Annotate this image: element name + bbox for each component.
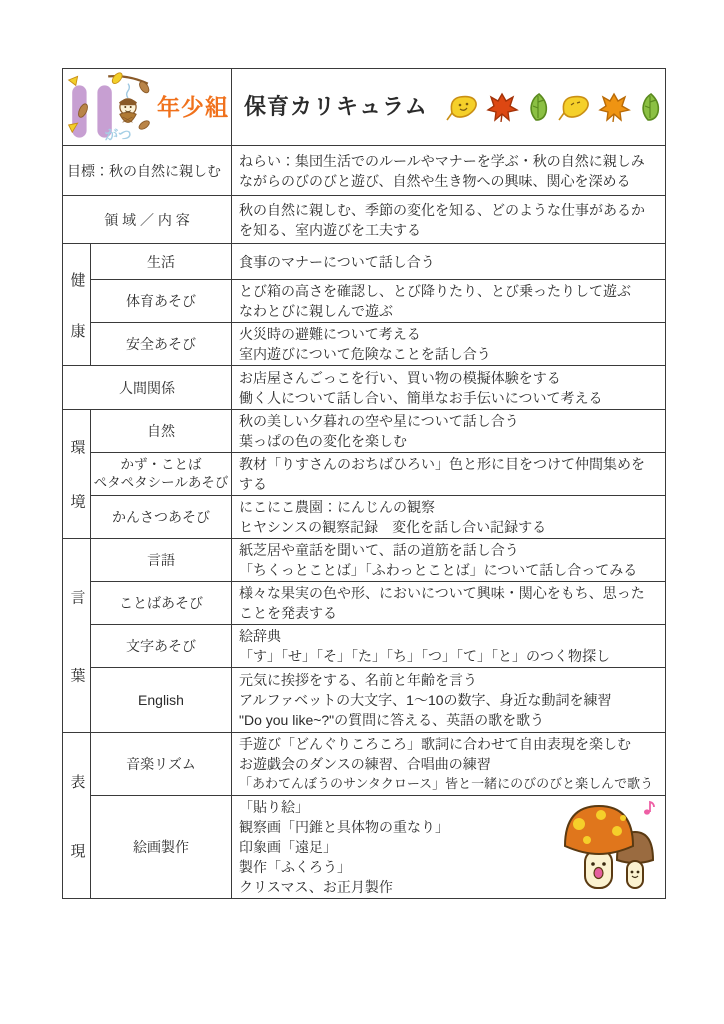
- curriculum-sheet: がつ 年少組 保育カリキュラム: [0, 0, 724, 1024]
- row-content: 食事のマナーについて話し合う: [232, 244, 666, 280]
- row-content: 秋の美しい夕暮れの空や星について話し合う葉っぱの色の変化を楽しむ: [232, 410, 666, 453]
- row-label: 自然: [91, 410, 232, 453]
- mushroom-illustration: [559, 798, 659, 890]
- domain-content: 秋の自然に親しむ、季節の変化を知る、どのような仕事があるかを知る、室内遊びを工夫…: [232, 196, 666, 244]
- row-label: 音楽リズム: [91, 733, 232, 796]
- row-content: 火災時の避難について考える室内遊びについて危険なことを話し合う: [232, 323, 666, 366]
- row-label: 生活: [91, 244, 232, 280]
- row-content: とび箱の高さを確認し、とび降りたり、とび乗ったりして遊ぶなわとびに親しんで遊ぶ: [232, 280, 666, 323]
- row-content: 「貼り絵」観察画「円錐と具体物の重なり」印象画「遠足」製作「ふくろう」クリスマス…: [232, 796, 666, 899]
- ginkgo-leaf-icon: [557, 93, 591, 122]
- category-expression: 表現: [63, 733, 91, 899]
- category-health: 健康: [63, 244, 91, 366]
- branch-leaf-icon: [110, 71, 124, 85]
- branch-leaf-icon: [138, 80, 151, 94]
- row-content: 様々な果実の色や形、においについて興味・関心をもち、思ったことを発表する: [232, 582, 666, 625]
- domain-label: 領 域 ／ 内 容: [63, 196, 232, 244]
- acorn-character-icon: [119, 98, 137, 122]
- row-label: ことばあそび: [91, 582, 232, 625]
- row-label-english: English: [91, 668, 232, 733]
- page-title: 保育カリキュラム: [244, 97, 428, 117]
- row-content: 教材「りすさんのおちばひろい」色と形に目をつけて仲間集めをする: [232, 453, 666, 496]
- ginkgo-leaf-icon: [69, 76, 78, 85]
- month-logo-cell: がつ 年少組: [63, 69, 232, 146]
- row-label: 体育あそび: [91, 280, 232, 323]
- class-name-label: 年少組: [157, 97, 229, 117]
- november-logo-icon: がつ: [65, 71, 155, 143]
- row-label: 安全あそび: [91, 323, 232, 366]
- category-language: 言葉: [63, 539, 91, 733]
- green-leaf-icon: [526, 92, 550, 122]
- title-cell: 保育カリキュラム: [232, 69, 666, 146]
- row-label: 文字あそび: [91, 625, 232, 668]
- row-content: 元気に挨拶をする、名前と年齢を言うアルファベットの大文字、1～10の数字、身近な…: [232, 668, 666, 733]
- row-content: 絵辞典「す」「せ」「そ」「た」「ち」「つ」「て」「と」のつく物探し: [232, 625, 666, 668]
- orange-maple-leaf-icon: [598, 92, 631, 122]
- goal-content: ねらい：集団生活でのルールやマナーを学ぶ・秋の自然に親しみながらのびのびと遊び、…: [232, 146, 666, 196]
- row-label: かんさつあそび: [91, 496, 232, 539]
- big-mushroom-icon: [565, 806, 633, 888]
- row-content: 手遊び「どんぐりころころ」歌詞に合わせて自由表現を楽しむお遊戯会のダンスの練習、…: [232, 733, 666, 796]
- ginkgo-face-leaf-icon: [445, 93, 479, 122]
- row-label: かず・ことばペタペタシールあそび: [91, 453, 232, 496]
- category-environment: 環境: [63, 410, 91, 539]
- human-relations-label: 人間関係: [63, 366, 232, 410]
- human-relations-content: お店屋さんごっこを行い、買い物の模擬体験をする働く人について話し合い、簡単なお手…: [232, 366, 666, 410]
- row-content: にこにこ農園：にんじんの観察ヒヤシンスの観察記録 変化を話し合い記録する: [232, 496, 666, 539]
- row-content: 紙芝居や童話を聞いて、話の道筋を話し合う「ちくっとことば」「ふわっとことば」につ…: [232, 539, 666, 582]
- gatsu-text: がつ: [105, 127, 132, 142]
- green-leaf-icon: [638, 92, 662, 122]
- fallen-leaf-icon: [138, 119, 151, 131]
- goal-label: 目標：秋の自然に親しむ: [63, 146, 232, 196]
- curriculum-table: がつ 年少組 保育カリキュラム: [62, 68, 666, 899]
- music-note-icon: [644, 802, 654, 815]
- row-label: 絵画製作: [91, 796, 232, 899]
- row-label: 言語: [91, 539, 232, 582]
- maple-leaf-icon: [486, 92, 519, 122]
